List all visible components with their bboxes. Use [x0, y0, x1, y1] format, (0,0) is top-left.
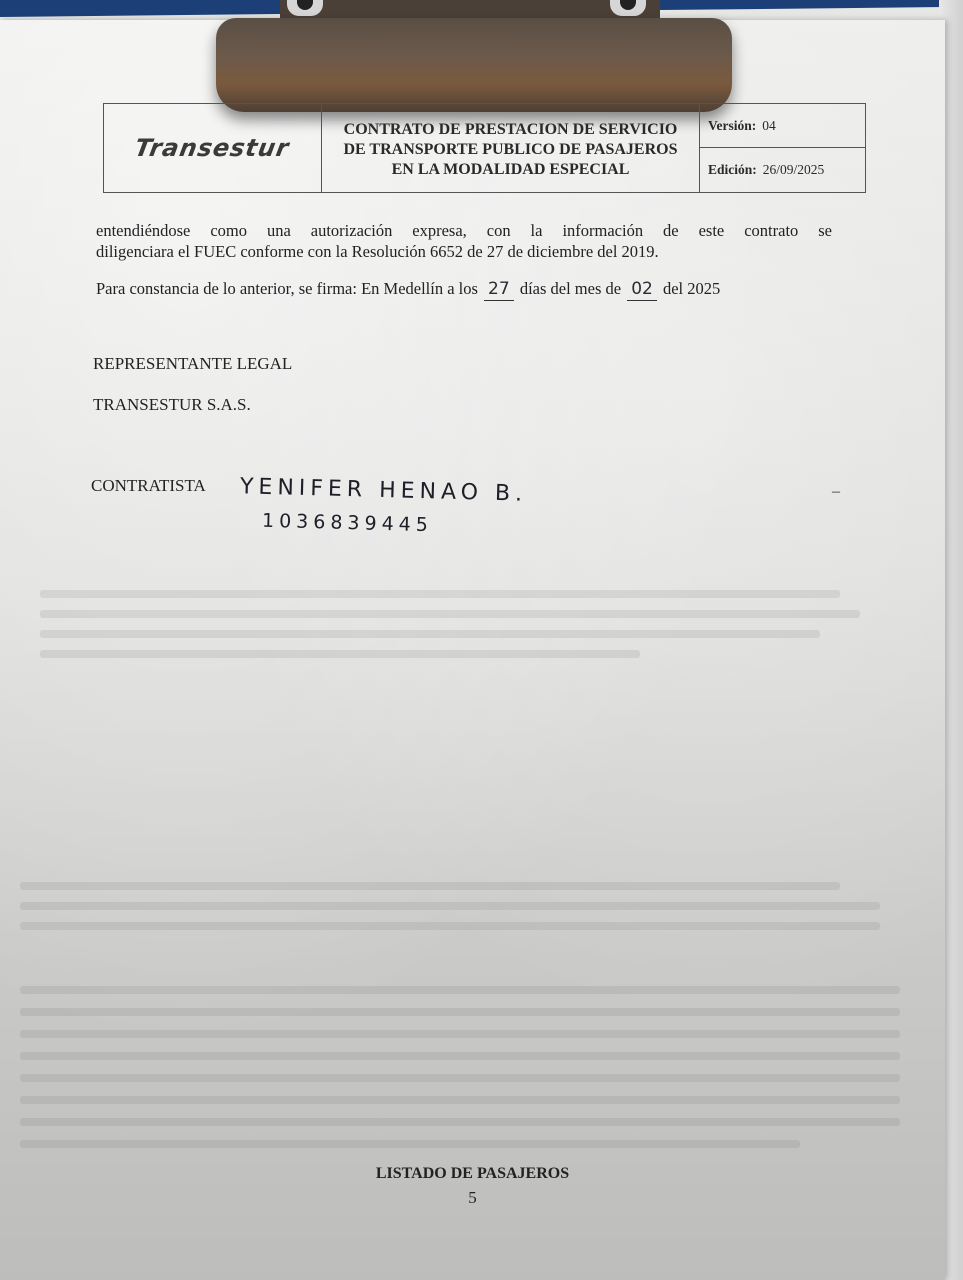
version-row: Versión: 04	[700, 104, 865, 148]
signature-date-line: Para constancia de lo anterior, se firma…	[96, 278, 832, 301]
edition-label: Edición:	[708, 162, 757, 178]
paragraph-line-1: entendiéndose como una autorización expr…	[96, 220, 832, 241]
day-field: 27	[484, 279, 514, 301]
show-through-text	[20, 986, 900, 994]
clip-rivet-right	[610, 0, 646, 16]
contractor-id-signature: 1036839445	[262, 510, 433, 536]
date-suffix: del 2025	[663, 279, 720, 298]
show-through-text	[20, 922, 880, 930]
show-through-text	[40, 630, 820, 638]
section-title: LISTADO DE PASAJEROS	[0, 1165, 945, 1183]
document-header: Transestur CONTRATO DE PRESTACION DE SER…	[103, 103, 866, 193]
contractor-label: CONTRATISTA	[91, 476, 206, 496]
page-number: 5	[0, 1188, 945, 1208]
logo-cell: Transestur	[104, 104, 322, 192]
title-line-2: DE TRANSPORTE PUBLICO DE PASAJEROS	[343, 140, 677, 160]
version-value: 04	[762, 118, 776, 134]
show-through-text	[20, 1030, 900, 1038]
show-through-text	[20, 1096, 900, 1104]
date-prefix: Para constancia de lo anterior, se firma…	[96, 279, 478, 298]
show-through-text	[20, 1052, 900, 1060]
date-middle: días del mes de	[520, 279, 621, 298]
representative-label: REPRESENTANTE LEGAL	[93, 354, 292, 374]
document-page	[0, 20, 945, 1280]
show-through-text	[20, 1008, 900, 1016]
company-logo: Transestur	[133, 134, 292, 162]
show-through-text	[40, 610, 860, 618]
company-name: TRANSESTUR S.A.S.	[93, 395, 251, 415]
show-through-text	[20, 1140, 800, 1148]
month-field: 02	[627, 279, 657, 301]
paragraph-line-2: diligenciara el FUEC conforme con la Res…	[96, 241, 832, 262]
show-through-text	[40, 650, 640, 658]
clip-rivet-left	[287, 0, 323, 16]
signature-dash: –	[832, 483, 840, 501]
show-through-text	[20, 882, 840, 890]
document-meta: Versión: 04 Edición: 26/09/2025	[700, 104, 865, 192]
show-through-text	[20, 1118, 900, 1126]
edition-row: Edición: 26/09/2025	[700, 148, 865, 192]
show-through-text	[40, 590, 840, 598]
title-line-1: CONTRATO DE PRESTACION DE SERVICIO	[344, 120, 678, 140]
version-label: Versión:	[708, 118, 756, 134]
document-title: CONTRATO DE PRESTACION DE SERVICIO DE TR…	[322, 104, 700, 192]
show-through-text	[20, 902, 880, 910]
clipboard-clip	[216, 18, 732, 112]
edition-value: 26/09/2025	[763, 162, 825, 178]
title-line-3: EN LA MODALIDAD ESPECIAL	[392, 160, 630, 180]
show-through-text	[20, 1074, 900, 1082]
